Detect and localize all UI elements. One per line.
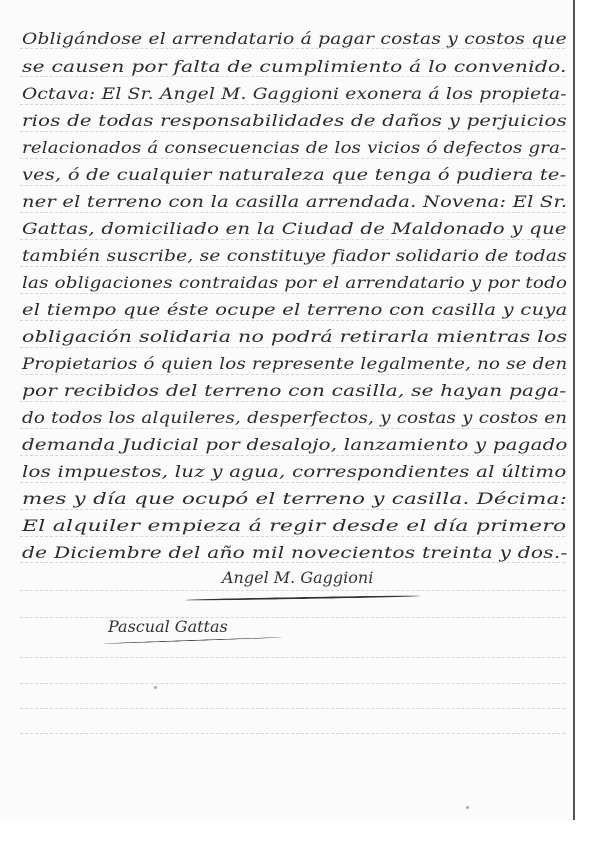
text-line: demanda Judicial por desalojo, lanzamien… [22, 436, 568, 454]
text-line: los impuestos, luz y agua, correspondien… [22, 463, 566, 481]
text-line: El alquiler empieza á regir desde el día… [22, 517, 566, 535]
ruled-line [20, 76, 565, 77]
ruled-line [20, 131, 565, 132]
paper-speck [466, 806, 469, 809]
ruled-line [20, 428, 565, 429]
signature-flourish [185, 595, 420, 601]
ruled-line [20, 617, 565, 618]
text-line: ner el terreno con la casilla arrendada.… [22, 193, 567, 211]
ruled-line [20, 401, 565, 402]
text-line: obligación solidaria no podrá retirarla … [22, 328, 567, 346]
text-line: mes y día que ocupó el terreno y casilla… [22, 490, 567, 508]
document-page: Obligándose el arrendatario á pagar cost… [0, 0, 575, 820]
ruled-line [20, 590, 565, 591]
ruled-line [20, 212, 565, 213]
text-line: Gattas, domiciliado en la Ciudad de Mald… [22, 220, 567, 238]
ruled-line [20, 293, 565, 294]
text-line: Propietarios ó quien los represente lega… [22, 355, 567, 373]
ruled-line [20, 455, 565, 456]
text-line: se causen por falta de cumplimiento á lo… [22, 58, 567, 76]
ruled-line [20, 266, 565, 267]
ruled-line [20, 374, 565, 375]
text-line: Octava: El Sr. Angel M. Gaggioni exonera… [22, 85, 567, 103]
ruled-line [20, 482, 565, 483]
ruled-line [20, 683, 565, 684]
text-line: do todos los alquileres, desperfectos, y… [22, 409, 567, 427]
ruled-line [20, 657, 565, 658]
ruled-line [20, 104, 565, 105]
text-line: por recibidos del terreno con casilla, s… [22, 382, 566, 400]
ruled-line [20, 347, 565, 348]
ruled-line [20, 562, 565, 563]
ruled-line [20, 185, 565, 186]
ruled-line [20, 509, 565, 510]
ruled-line [20, 708, 565, 709]
text-line: rios de todas responsabilidades de daños… [22, 112, 567, 130]
signature-gattas: Pascual Gattas [108, 617, 228, 636]
ruled-line [20, 536, 565, 537]
signature-flourish [102, 637, 282, 644]
text-line: ves, ó de cualquier naturaleza que tenga… [22, 166, 566, 184]
paper-speck [154, 686, 157, 689]
signature-gaggioni: Angel M. Gaggioni [222, 568, 373, 587]
text-line: Obligándose el arrendatario á pagar cost… [22, 30, 567, 48]
ruled-line [20, 158, 565, 159]
text-line: relacionados á consecuencias de los vici… [22, 139, 566, 157]
text-line: las obligaciones contraidas por el arren… [22, 274, 567, 292]
text-line: de Diciembre del año mil novecientos tre… [22, 544, 568, 562]
ruled-line [20, 239, 565, 240]
ruled-line [20, 320, 565, 321]
text-line: también suscribe, se constituye fiador s… [22, 247, 567, 265]
ruled-line [20, 48, 565, 49]
text-line: el tiempo que éste ocupe el terreno con … [22, 301, 568, 319]
ruled-line [20, 733, 565, 734]
